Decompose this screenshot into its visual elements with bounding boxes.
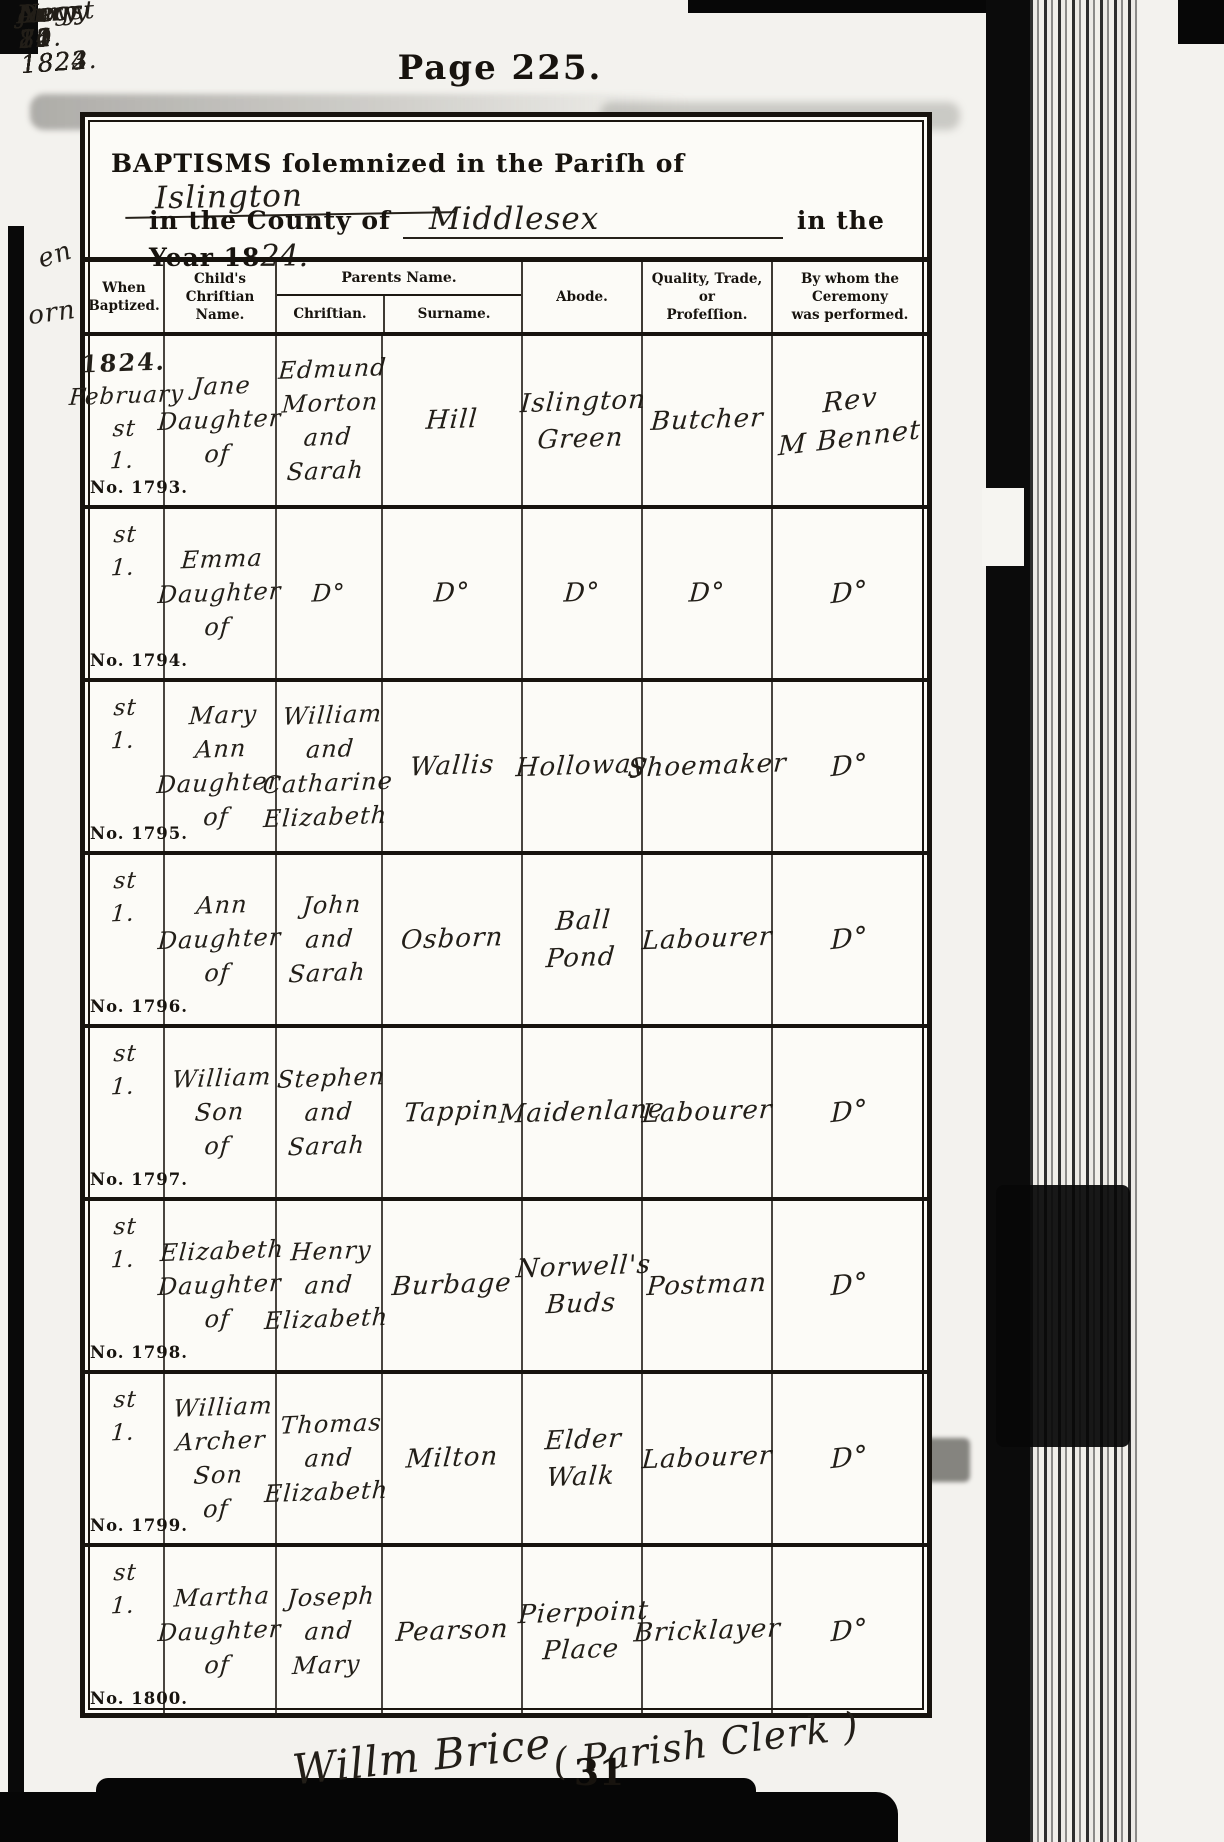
ceremony-by: D° [831, 745, 869, 788]
cell-parents-christian: Edmund Morton and Sarah [275, 336, 381, 505]
scan-edge-left [8, 226, 24, 1842]
cell-when-baptized: st 1. No. 1795. [85, 682, 163, 851]
scan-corner-top-right [1178, 0, 1224, 44]
cell-surname: Pearson [381, 1547, 521, 1716]
cell-ceremony-by: Rev M Bennet [771, 336, 927, 505]
scanned-register-page: { "page": { "label": "Page 225." }, "hea… [0, 0, 1224, 1842]
cell-profession: Postman [641, 1201, 771, 1370]
heading-printed-text: in the County of [149, 206, 391, 235]
cell-child-name: Mary Ann Daughter of [163, 682, 275, 851]
baptism-date: st 1. [110, 865, 139, 931]
book-gutter-light-gap [982, 488, 1024, 566]
cell-ceremony-by: D° [771, 1547, 927, 1716]
profession: Labourer [640, 1092, 773, 1133]
profession: Shoemaker [626, 745, 787, 787]
ceremony-by: D° [831, 1264, 869, 1307]
table-row: st 1. No. 1800. Martha Daughter of Josep… [85, 1543, 927, 1716]
cell-when-baptized: st 1. No. 1796. [85, 855, 163, 1024]
surname: Osborn [399, 919, 504, 959]
child-name: Ann Daughter of [155, 886, 286, 992]
page-title: Page 225. [0, 48, 1000, 88]
table-row: st 1. No. 1795. Mary Ann Daughter of Wil… [85, 678, 927, 851]
cell-surname: D° [381, 509, 521, 678]
table-row: st 1. No. 1796. Ann Daughter of John and… [85, 851, 927, 1024]
parents-christian: John and Sarah [287, 887, 371, 992]
cell-surname: Milton [381, 1374, 521, 1543]
cell-profession: Labourer [641, 855, 771, 1024]
cell-profession: Butcher [641, 336, 771, 505]
header-parents-surname: Surname. [383, 296, 523, 332]
cell-when-baptized: st 1. No. 1794. [85, 509, 163, 678]
profession: Bricklayer [632, 1611, 782, 1653]
abode: D° [563, 574, 602, 612]
cell-abode: Holloway [521, 682, 641, 851]
table-row: st 1. No. 1794. Emma Daughter of D° D° D… [85, 505, 927, 678]
cell-profession: Labourer [641, 1028, 771, 1197]
printed-page-mark: 31 [574, 1752, 624, 1794]
book-gutter-dark-band [986, 0, 1030, 1842]
baptism-register-form: BAPTISMS ſolemnized in the Pariſh ofIsli… [80, 112, 932, 1718]
abode: Ball Pond [520, 901, 644, 979]
scan-edge-top [688, 0, 1012, 13]
cell-child-name: Ann Daughter of [163, 855, 275, 1024]
parents-christian: Edmund Morton and Sarah [270, 351, 388, 491]
cell-surname: Osborn [381, 855, 521, 1024]
cell-when-baptized: st 1. No. 1797. [85, 1028, 163, 1197]
cell-ceremony-by: D° [771, 1201, 927, 1370]
child-name: Jane Daughter of [155, 367, 286, 473]
cell-abode: D° [521, 509, 641, 678]
cell-child-name: Emma Daughter of [163, 509, 275, 678]
ceremony-by: D° [831, 1610, 869, 1653]
header-ceremony: By whom the Ceremony was performed. [771, 262, 927, 332]
cell-parents-christian: D° [275, 509, 381, 678]
cell-when-baptized: 1824. February st 1. No. 1793. [85, 336, 163, 505]
child-name: William Son of [167, 1060, 273, 1166]
heading-printed-text: BAPTISMS ſolemnized in the Pariſh of [111, 149, 685, 178]
abode: Norwell's Buds [512, 1246, 652, 1324]
ceremony-by: D° [831, 918, 869, 961]
baptisms-table: When Baptized. Child's Chriſtian Name. P… [85, 257, 927, 1716]
table-header: When Baptized. Child's Chriſtian Name. P… [85, 262, 927, 332]
header-parents-christian: Chriſtian. [277, 296, 383, 332]
abode: Islington Green [516, 381, 647, 459]
cell-profession: Shoemaker [641, 682, 771, 851]
header-parents-name: Parents Name. Chriſtian. Surname. [275, 262, 521, 332]
cell-abode: Islington Green [521, 336, 641, 505]
surname: Wallis [408, 747, 495, 787]
cell-when-baptized: st 1. No. 1800. [85, 1547, 163, 1716]
table-row: st 1. No. 1798. Elizabeth Daughter of He… [85, 1197, 927, 1370]
surname: Hill [425, 401, 479, 440]
cell-child-name: Elizabeth Daughter of [163, 1201, 275, 1370]
header-when-baptized: When Baptized. [85, 262, 163, 332]
header-parents-subrow: Chriſtian. Surname. [277, 296, 521, 332]
header-profession: Quality, Trade, or Profeſſion. [641, 262, 771, 332]
parents-christian: Henry and Elizabeth [263, 1232, 394, 1338]
cell-child-name: William Archer Son of [163, 1374, 275, 1543]
cell-abode: Elder Walk [521, 1374, 641, 1543]
baptism-date: st 1. [110, 1557, 139, 1623]
child-name: Martha Daughter of [155, 1578, 286, 1684]
cell-abode: Ball Pond [521, 855, 641, 1024]
table-row: st 1. No. 1799. William Archer Son of Th… [85, 1370, 927, 1543]
cell-abode: Norwell's Buds [521, 1201, 641, 1370]
parents-christian: Joseph and Mary [282, 1579, 377, 1684]
cell-ceremony-by: D° [771, 855, 927, 1024]
baptism-date: st 1. [110, 1211, 139, 1277]
ceremony-by: D° [831, 572, 869, 615]
profession: Butcher [649, 400, 764, 441]
cell-profession: Labourer [641, 1374, 771, 1543]
cell-profession: Bricklayer [641, 1547, 771, 1716]
header-abode: Abode. [521, 262, 641, 332]
margin-column-label-fragment: en [34, 235, 76, 274]
baptism-date: st 1. [110, 1384, 139, 1450]
scan-edge-bottom [0, 1792, 898, 1842]
table-row: st 1. No. 1797. William Son of Stephen a… [85, 1024, 927, 1197]
profession: Labourer [640, 1438, 773, 1479]
cell-surname: Wallis [381, 682, 521, 851]
parents-christian: Stephen and Sarah [271, 1060, 386, 1166]
cell-parents-christian: Stephen and Sarah [275, 1028, 381, 1197]
child-name: Emma Daughter of [155, 540, 286, 646]
abode: Elder Walk [520, 1420, 644, 1498]
cell-abode: Maidenlane [521, 1028, 641, 1197]
header-parents-name-label: Parents Name. [277, 262, 521, 296]
margin-column-label-fragment: orn [26, 295, 78, 331]
child-name: William Archer Son of [166, 1389, 275, 1529]
cell-child-name: Jane Daughter of [163, 336, 275, 505]
cell-parents-christian: William and Catharine Elizabeth [275, 682, 381, 851]
surname: Milton [405, 1438, 500, 1478]
cell-abode: Pierpoint Place [521, 1547, 641, 1716]
cell-ceremony-by: D° [771, 1374, 927, 1543]
cell-child-name: William Son of [163, 1028, 275, 1197]
ceremony-by: D° [831, 1091, 869, 1134]
cell-parents-christian: Joseph and Mary [275, 1547, 381, 1716]
baptism-date: st 1. [110, 519, 139, 585]
cell-surname: Burbage [381, 1201, 521, 1370]
book-gutter-dark-patch [996, 1185, 1130, 1447]
profession: Labourer [640, 919, 773, 960]
cell-surname: Hill [381, 336, 521, 505]
parents-christian: William and Catharine Elizabeth [259, 696, 399, 837]
county-name-handwritten: Middlesex [403, 201, 783, 239]
surname: Tappin [403, 1092, 501, 1132]
cell-parents-christian: Henry and Elizabeth [275, 1201, 381, 1370]
cell-parents-christian: John and Sarah [275, 855, 381, 1024]
surname: D° [433, 574, 472, 612]
profession: Postman [646, 1265, 769, 1306]
cell-ceremony-by: D° [771, 682, 927, 851]
cell-when-baptized: st 1. No. 1799. [85, 1374, 163, 1543]
baptism-year: 1824. [80, 345, 168, 382]
cell-when-baptized: st 1. No. 1798. [85, 1201, 163, 1370]
baptism-date: st 1. [110, 1038, 139, 1104]
ceremony-by: Rev M Bennet [778, 374, 922, 467]
parents-christian: Thomas and Elizabeth [263, 1405, 394, 1511]
cell-profession: D° [641, 509, 771, 678]
header-child-name: Child's Chriſtian Name. [163, 262, 275, 332]
cell-child-name: Martha Daughter of [163, 1547, 275, 1716]
profession: D° [688, 574, 727, 612]
parents-christian: D° [311, 576, 347, 611]
surname: Burbage [391, 1265, 513, 1306]
baptism-date: st 1. [110, 692, 139, 758]
cell-ceremony-by: D° [771, 1028, 927, 1197]
surname: Pearson [394, 1611, 509, 1652]
cell-ceremony-by: D° [771, 509, 927, 678]
ceremony-by: D° [831, 1437, 869, 1480]
table-row: 1824. February st 1. No. 1793. Jane Daug… [85, 332, 927, 505]
cell-parents-christian: Thomas and Elizabeth [275, 1374, 381, 1543]
abode: Pierpoint Place [514, 1592, 650, 1670]
book-page-edges [1030, 0, 1138, 1842]
